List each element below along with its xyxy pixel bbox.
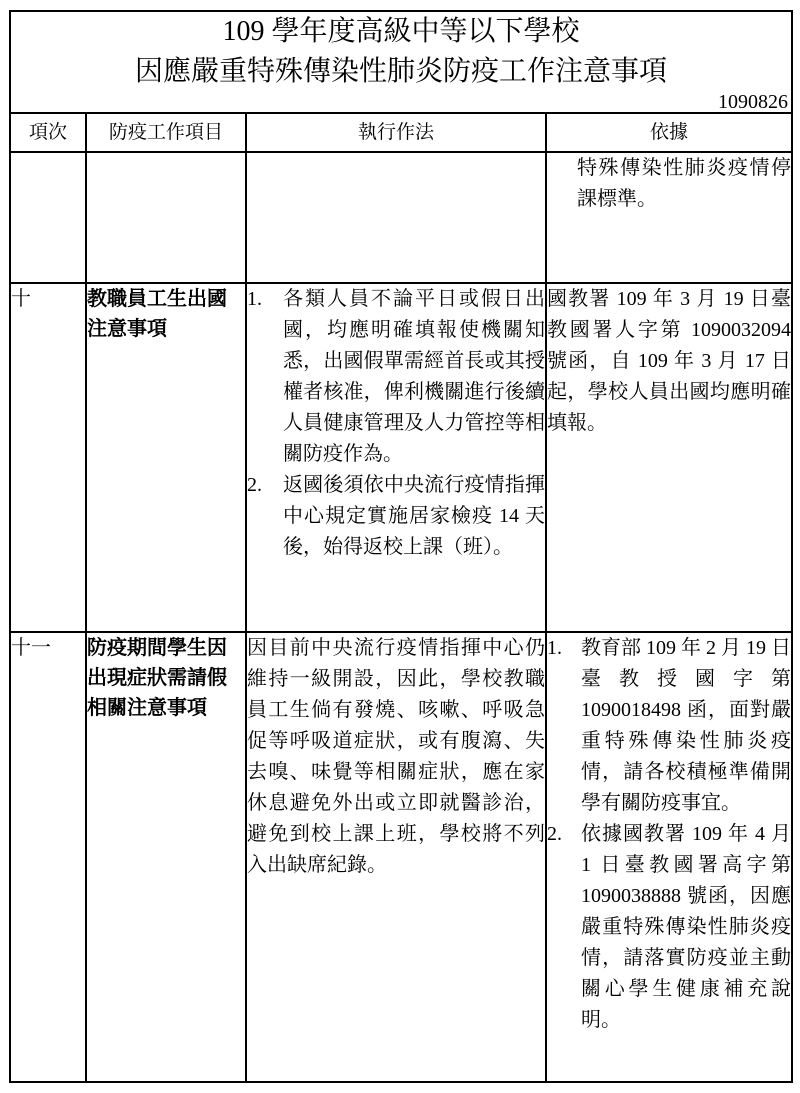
header-cell-basis: 依據 — [546, 113, 792, 152]
header-cell-method: 執行作法 — [246, 113, 546, 152]
list-item-text: 依據國教署 109 年 4 月 1 日臺教國署高字第 1090038888 號函… — [581, 819, 791, 1036]
cell-basis: 國教署 109 年 3 月 19 日臺教國署人字第 1090032094 號函，… — [546, 283, 792, 632]
cell-item-no: 十一 — [10, 632, 86, 1082]
basis-list-item: 1. 教育部 109 年 2 月 19 日臺教授國字第 1090018498 函… — [547, 633, 791, 819]
cell-method: 因目前中央流行疫情指揮中心仍維持一級開設，因此，學校教職員工生倘有發燒、咳嗽、呼… — [246, 632, 546, 1082]
cell-work-item: 防疫期間學生因出現症狀需請假相關注意事項 — [86, 632, 246, 1082]
title-cell: 109 學年度高級中等以下學校 因應嚴重特殊傳染性肺炎防疫工作注意事項 1090… — [10, 11, 792, 113]
list-item-number: 1. — [247, 284, 283, 470]
list-item-text: 返國後須依中央流行疫情指揮中心規定實施居家檢疫 14 天後，始得返校上課（班）。 — [283, 470, 545, 563]
list-item-text: 各類人員不論平日或假日出國，均應明確填報使機關知悉，出國假單需經首長或其授權者核… — [283, 284, 545, 470]
document-date-code: 1090826 — [11, 92, 791, 112]
cell-method — [246, 152, 546, 283]
table-row-continuation: 特殊傳染性肺炎疫情停課標準。 — [10, 152, 792, 283]
cell-item-no: 十 — [10, 283, 86, 632]
list-item-number: 2. — [247, 470, 283, 563]
list-item-number: 2. — [547, 819, 581, 1036]
notice-table: 109 學年度高級中等以下學校 因應嚴重特殊傳染性肺炎防疫工作注意事項 1090… — [9, 10, 793, 1083]
cell-basis: 特殊傳染性肺炎疫情停課標準。 — [546, 152, 792, 283]
list-item-text: 教育部 109 年 2 月 19 日臺教授國字第 1090018498 函，面對… — [581, 633, 791, 819]
method-text: 因目前中央流行疫情指揮中心仍維持一級開設，因此，學校教職員工生倘有發燒、咳嗽、呼… — [247, 633, 545, 881]
cell-work-item: 教職員工生出國注意事項 — [86, 283, 246, 632]
document-title-line-1: 109 學年度高級中等以下學校 — [11, 12, 791, 52]
table-row-ten: 十 教職員工生出國注意事項 1. 各類人員不論平日或假日出國，均應明確填報使機關… — [10, 283, 792, 632]
cell-work-item — [86, 152, 246, 283]
cell-method: 1. 各類人員不論平日或假日出國，均應明確填報使機關知悉，出國假單需經首長或其授… — [246, 283, 546, 632]
document-page: 109 學年度高級中等以下學校 因應嚴重特殊傳染性肺炎防疫工作注意事項 1090… — [0, 0, 800, 1093]
cell-basis: 1. 教育部 109 年 2 月 19 日臺教授國字第 1090018498 函… — [546, 632, 792, 1082]
title-row: 109 學年度高級中等以下學校 因應嚴重特殊傳染性肺炎防疫工作注意事項 1090… — [10, 11, 792, 113]
basis-continuation-text: 特殊傳染性肺炎疫情停課標準。 — [547, 153, 791, 215]
list-item-number: 1. — [547, 633, 581, 819]
header-cell-item-no: 項次 — [10, 113, 86, 152]
cell-item-no — [10, 152, 86, 283]
header-cell-work-item: 防疫工作項目 — [86, 113, 246, 152]
method-list-item: 1. 各類人員不論平日或假日出國，均應明確填報使機關知悉，出國假單需經首長或其授… — [247, 284, 545, 470]
table-header-row: 項次 防疫工作項目 執行作法 依據 — [10, 113, 792, 152]
basis-list-item: 2. 依據國教署 109 年 4 月 1 日臺教國署高字第 1090038888… — [547, 819, 791, 1036]
table-row-eleven: 十一 防疫期間學生因出現症狀需請假相關注意事項 因目前中央流行疫情指揮中心仍維持… — [10, 632, 792, 1082]
document-title-line-2: 因應嚴重特殊傳染性肺炎防疫工作注意事項 — [11, 52, 791, 92]
method-list-item: 2. 返國後須依中央流行疫情指揮中心規定實施居家檢疫 14 天後，始得返校上課（… — [247, 470, 545, 563]
basis-text: 國教署 109 年 3 月 19 日臺教國署人字第 1090032094 號函，… — [547, 284, 791, 439]
